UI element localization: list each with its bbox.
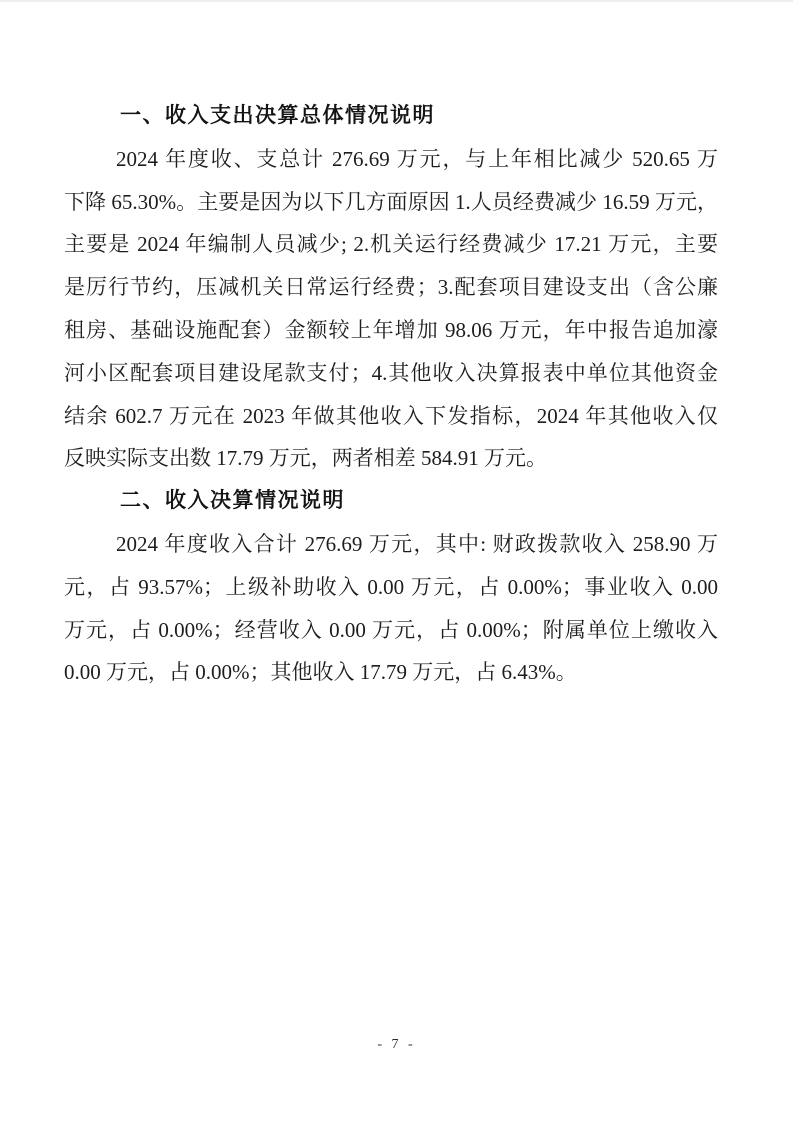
paragraph-line: 租房、基础设施配套）金额较上年增加 98.06 万元，年中报告追加濠 — [64, 309, 718, 352]
paragraph-line: 2024 年度收入合计 276.69 万元，其中: 财政拨款收入 258.90 … — [64, 523, 718, 566]
section-overall-budget-statement: 一、收入支出决算总体情况说明 2024 年度收、支总计 276.69 万元，与上… — [64, 95, 718, 480]
page-top-edge-divider — [0, 0, 793, 2]
section-heading-overall: 一、收入支出决算总体情况说明 — [64, 95, 718, 138]
section-income-statement: 二、收入决算情况说明 2024 年度收入合计 276.69 万元，其中: 财政拨… — [64, 480, 718, 694]
paragraph-line: 下降 65.30%。主要是因为以下几方面原因 1.人员经费减少 16.59 万元… — [64, 181, 718, 224]
document-content: 一、收入支出决算总体情况说明 2024 年度收、支总计 276.69 万元，与上… — [64, 95, 718, 694]
page-number: - 7 - — [0, 1036, 793, 1054]
paragraph-line: 主要是 2024 年编制人员减少; 2.机关运行经费减少 17.21 万元，主要 — [64, 223, 718, 266]
section-paragraph-overall: 2024 年度收、支总计 276.69 万元，与上年相比减少 520.65 万元… — [64, 138, 718, 480]
paragraph-line: 0.00 万元，占 0.00%；其他收入 17.79 万元，占 6.43%。 — [64, 651, 718, 694]
document-page: 一、收入支出决算总体情况说明 2024 年度收、支总计 276.69 万元，与上… — [0, 0, 793, 1122]
paragraph-line: 河小区配套项目建设尾款支付；4.其他收入决算报表中单位其他资金 — [64, 352, 718, 395]
section-paragraph-income: 2024 年度收入合计 276.69 万元，其中: 财政拨款收入 258.90 … — [64, 523, 718, 694]
paragraph-line: 结余 602.7 万元在 2023 年做其他收入下发指标，2024 年其他收入仅 — [64, 395, 718, 438]
paragraph-line: 万元，占 0.00%；经营收入 0.00 万元，占 0.00%；附属单位上缴收入 — [64, 609, 718, 652]
paragraph-line: 是厉行节约，压减机关日常运行经费；3.配套项目建设支出（含公廉 — [64, 266, 718, 309]
paragraph-line: 反映实际支出数 17.79 万元，两者相差 584.91 万元。 — [64, 437, 718, 480]
section-heading-income: 二、收入决算情况说明 — [64, 480, 718, 523]
paragraph-line: 元，占 93.57%；上级补助收入 0.00 万元，占 0.00%；事业收入 0… — [64, 566, 718, 609]
paragraph-line: 2024 年度收、支总计 276.69 万元，与上年相比减少 520.65 万元… — [64, 138, 718, 181]
